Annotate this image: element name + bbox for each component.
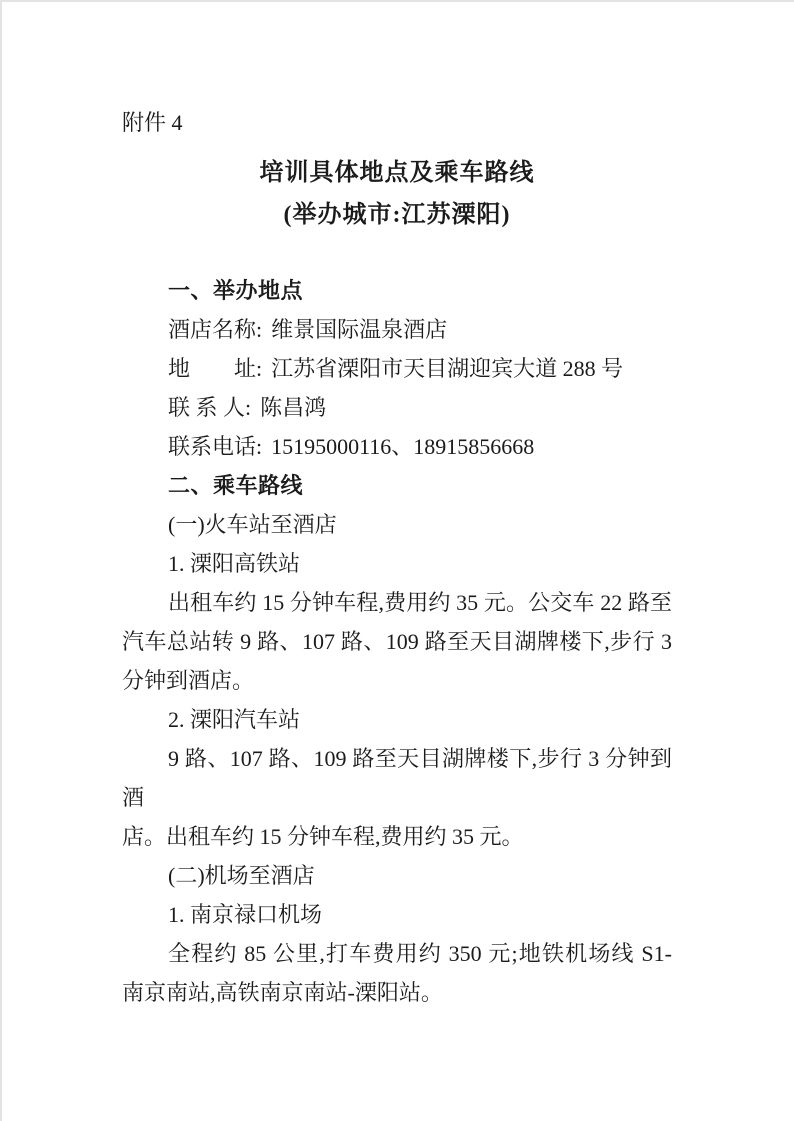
contact-value: 陈昌鸿: [260, 388, 326, 427]
hotel-name-row: 酒店名称: 维景国际温泉酒店: [122, 310, 672, 349]
document-content: 附件 4 培训具体地点及乘车路线 (举办城市:江苏溧阳) 一、举办地点 酒店名称…: [122, 0, 672, 1012]
item2-line1: 9 路、107 路、109 路至天目湖牌楼下,步行 3 分钟到酒: [122, 739, 672, 817]
phone-value: 15195000116、18915856668: [271, 427, 534, 466]
contact-row: 联 系 人: 陈昌鸿: [122, 388, 672, 427]
item1-line2: 汽车总站转 9 路、107 路、109 路至天目湖牌楼下,步行 3: [122, 622, 672, 661]
phone-label: 联系电话:: [168, 427, 262, 466]
item3-line2: 南京南站,高铁南京南站-溧阳站。: [122, 973, 672, 1012]
document-subtitle: (举办城市:江苏溧阳): [122, 194, 672, 236]
item1-title: 1. 溧阳高铁站: [122, 544, 672, 583]
item3-line1: 全程约 85 公里,打车费用约 350 元;地铁机场线 S1-: [122, 934, 672, 973]
item1-line3: 分钟到酒店。: [122, 661, 672, 700]
hotel-name-label: 酒店名称:: [168, 310, 262, 349]
item1-line1: 出租车约 15 分钟车程,费用约 35 元。公交车 22 路至: [122, 583, 672, 622]
document-page: 附件 4 培训具体地点及乘车路线 (举办城市:江苏溧阳) 一、举办地点 酒店名称…: [0, 0, 794, 1121]
address-row: 地 址: 江苏省溧阳市天目湖迎宾大道 288 号: [122, 349, 672, 388]
phone-row: 联系电话: 15195000116、18915856668: [122, 427, 672, 466]
address-label: 地 址:: [168, 349, 262, 388]
section2-heading: 二、乘车路线: [122, 466, 672, 505]
address-value: 江苏省溧阳市天目湖迎宾大道 288 号: [271, 349, 623, 388]
sub1-heading: (一)火车站至酒店: [122, 505, 672, 544]
item3-title: 1. 南京禄口机场: [122, 895, 672, 934]
section1-heading: 一、举办地点: [122, 271, 672, 310]
attachment-label: 附件 4: [122, 0, 672, 142]
contact-label: 联 系 人:: [168, 388, 251, 427]
item2-title: 2. 溧阳汽车站: [122, 700, 672, 739]
document-title: 培训具体地点及乘车路线: [122, 152, 672, 194]
item2-line2: 店。出租车约 15 分钟车程,费用约 35 元。: [122, 817, 672, 856]
hotel-name-value: 维景国际温泉酒店: [271, 310, 447, 349]
sub2-heading: (二)机场至酒店: [122, 856, 672, 895]
